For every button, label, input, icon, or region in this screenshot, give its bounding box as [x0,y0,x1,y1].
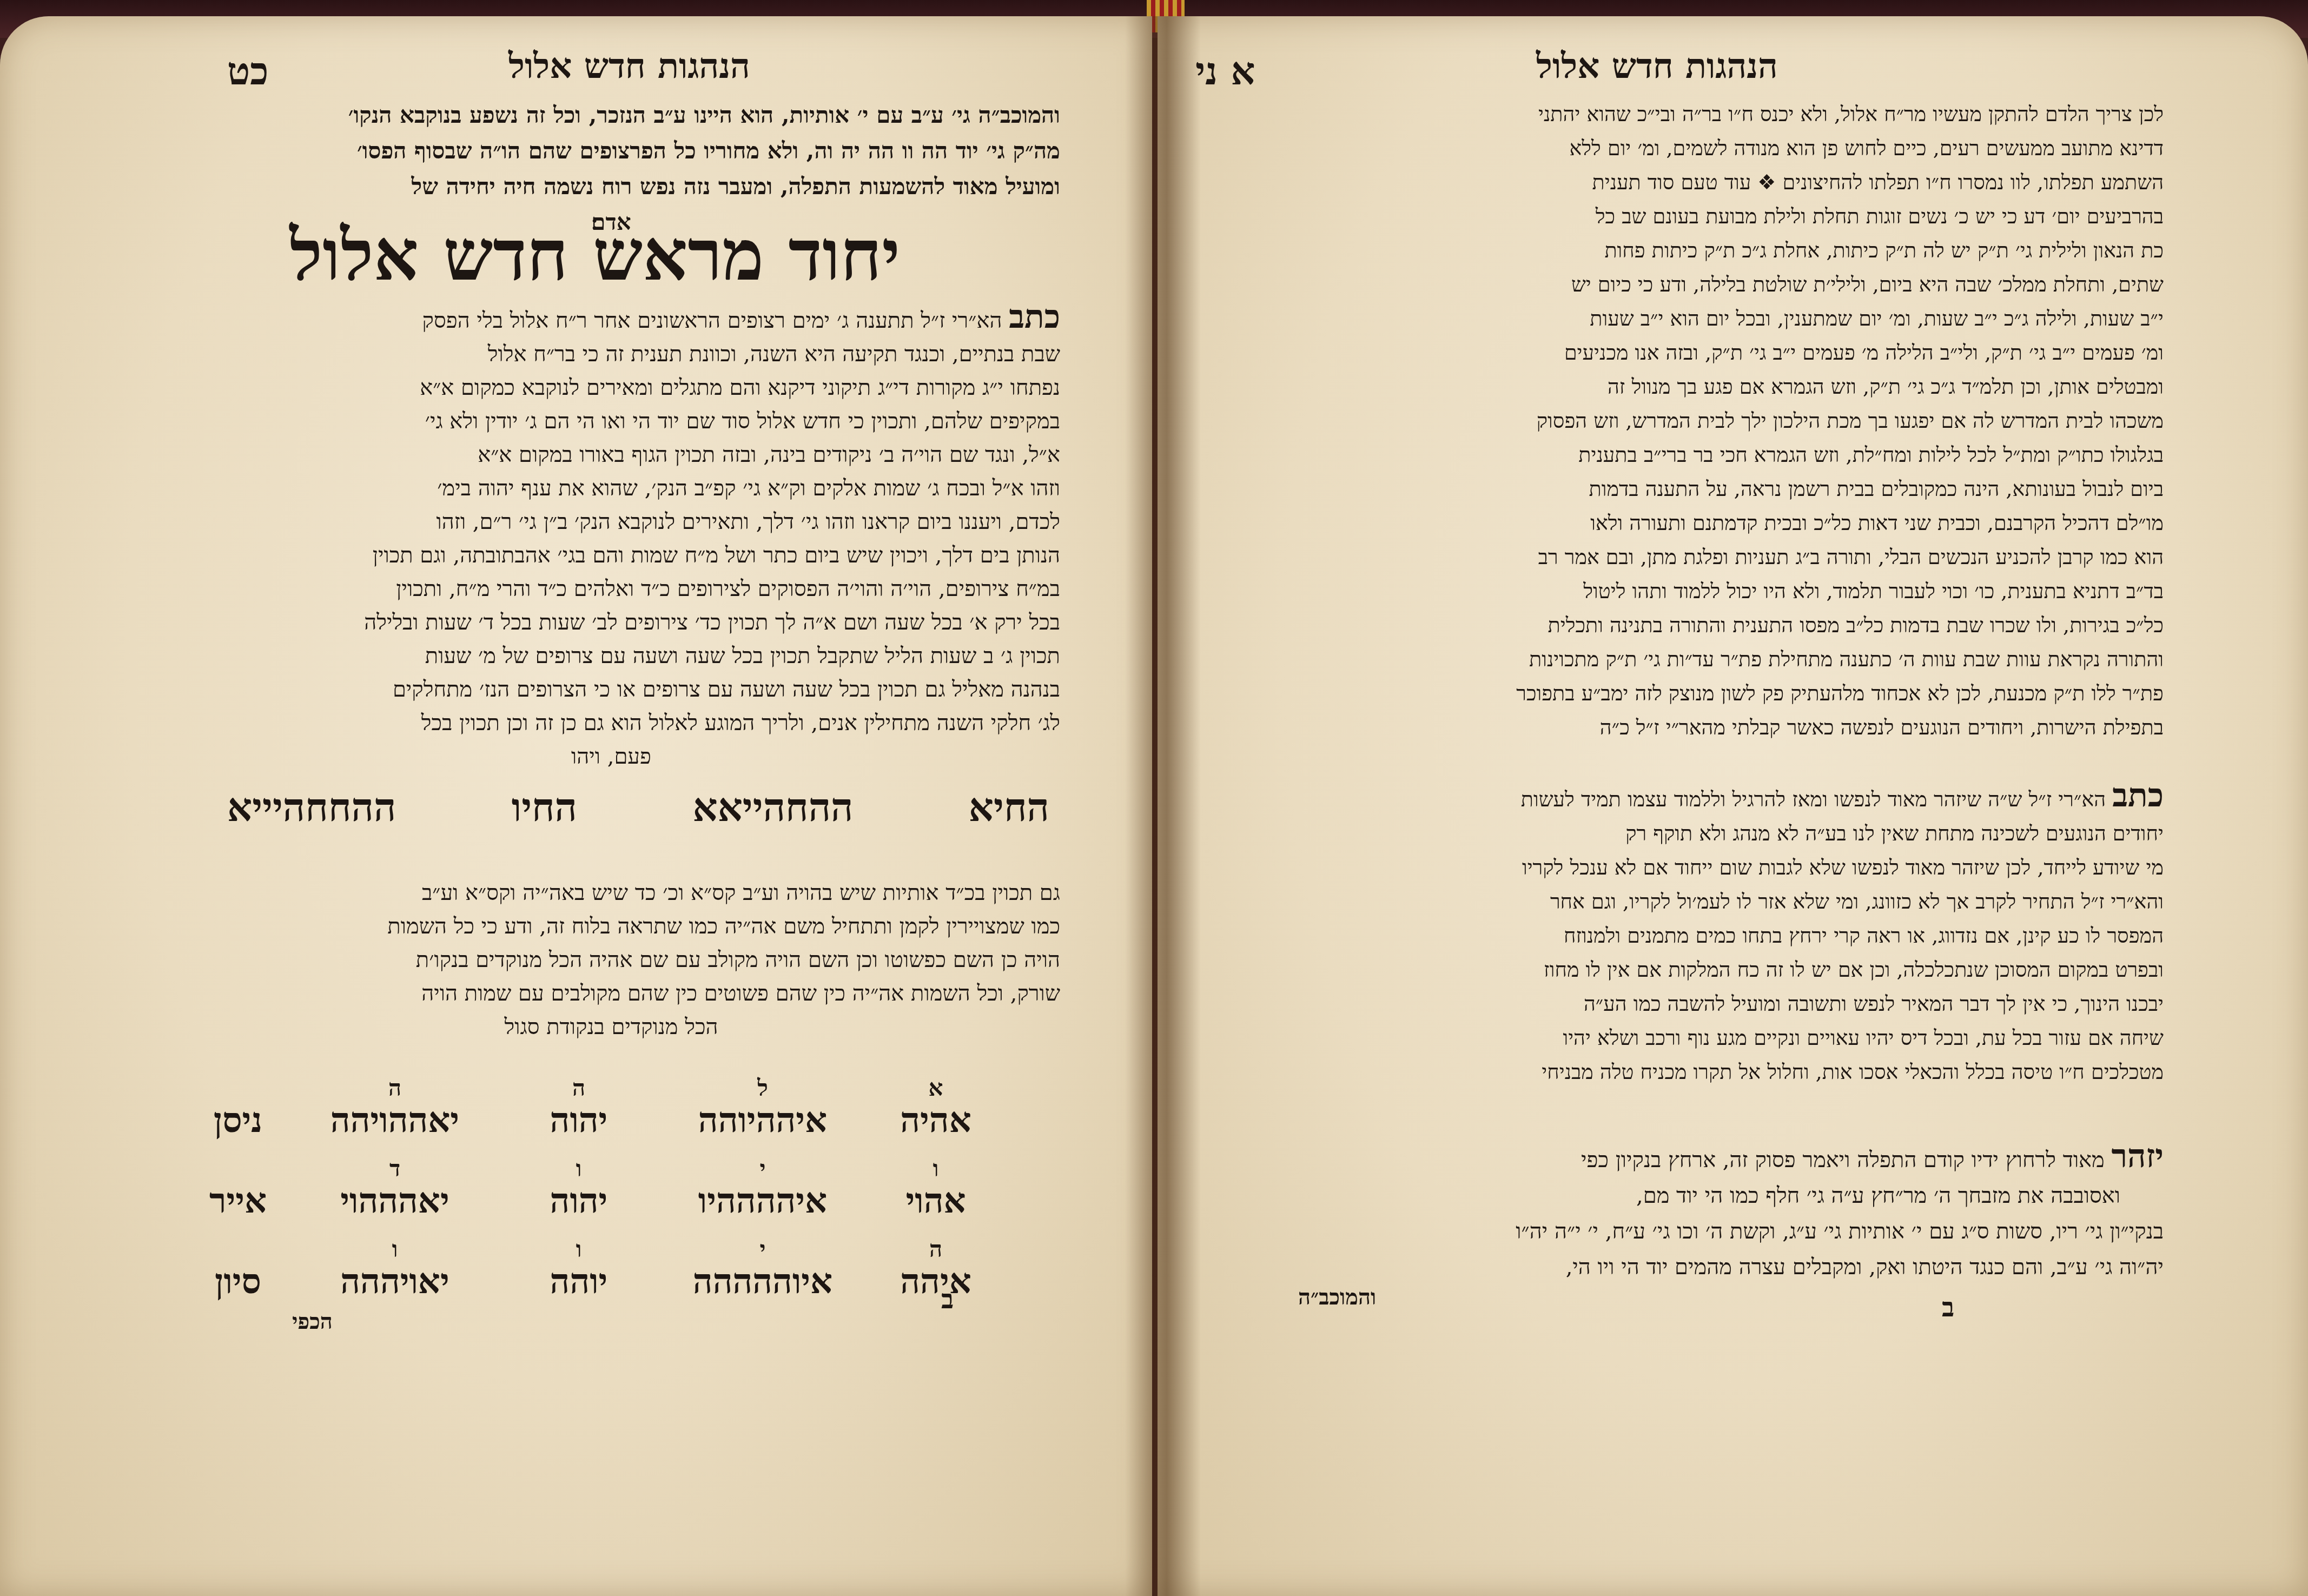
divine-name: החיא [969,784,1049,831]
table-cell-combo: דיאהההוי [292,1157,498,1221]
text-line: במקיפים שלהם, ותכוין כי חדש אלול סוד שם … [162,405,1060,438]
text-line: מאוד לרחוץ ידיו קודם התפלה ויאמר פסוק זה… [1581,1148,2105,1173]
section-title: יחוד מראש חדש אלול [270,214,920,297]
text-line: מטכלכים ח״ו טיסה בכלל והכאלי אסכו אות, ו… [1201,1055,2164,1089]
text-line: תכוין ג׳ ב שעות הליל שתקבל תכוין בכל שעה… [162,639,1060,673]
table-cell-month: ניסן [184,1076,292,1141]
section-paragraph-2: גם תכוין בכ״ד אותיות שיש בהויה וע״ב קס״א… [162,876,1060,1044]
section-paragraph-1: כתב הא״רי ז״ל ש״ה שיזהר מאוד לנפשו ומאז … [1201,779,2164,1089]
divine-name: החיו [512,784,577,831]
text-line: נפתחו י״ג מקורות די״ג תיקוני דיקנא והם מ… [162,371,1060,405]
text-line: השתמע תפלתו, לוו נמסרו ח״ו תפלתו להחיצונ… [1201,165,2164,200]
text-line: דדינא מתועב ממעשים רעים, כיים לחוש פן הו… [1201,131,2164,165]
text-line: גם תכוין בכ״ד אותיות שיש בהויה וע״ב קס״א… [162,876,1060,910]
text-line: ואסובבה את מזבחך ה׳ מר״חץ ע״ה גי׳ חלף כמ… [1201,1178,2164,1214]
text-line: א״ל, ונגד שם הוי׳ה ב׳ ניקודים בינה, ובזה… [162,438,1060,472]
right-page: א ני הנהגות חדש אלול לכן צריך הלדם להתקן… [1158,16,2308,1596]
text-line: יחודים הנוגעים לשכינה מתחת שאין לנו בע״ה… [1201,817,2164,851]
text-line: מי שיודע לייחד, לכן שיזהר מאוד לנפשו שלא… [1201,851,2164,885]
signature-mark: ב [941,1284,954,1315]
catchword: הכפי [292,1309,333,1334]
divine-names-row: החיא ההחהייאא החיו ההחחהיייא [227,784,1049,831]
running-head: הנהגות חדש אלול [1536,46,1778,87]
text-line: לג׳ חלקי השנה מתחילין אנים, ולריך המוגע … [162,706,1060,740]
running-head: הנהגות חדש אלול [508,46,750,87]
divine-name: ההחהייאא [692,784,853,831]
month-names-table: אאהיה לאיההיוהה היהוה היאההויהה ניסן ואה… [184,1076,1006,1302]
text-line: בנהנה מאליל גם תכוין בכל שעה ושעה עם צרו… [162,673,1060,706]
text-line: בד״ב דתניא בתענית, כו׳ וכוי לעבור תלמוד,… [1201,574,2164,608]
text-line: הכל מנוקדים בנקודת סגול [162,1010,1060,1044]
text-line: ביום לנבול בעונותא, הינה כמקובלים בבית ר… [1201,472,2164,506]
text-line: לכן צריך הלדם להתקן מעשיו מר״ח אלול, ולא… [1201,97,2164,131]
table-cell-ehyeh: יאיההההיו [660,1157,865,1221]
text-line: שבת בנתיים, וכנגד תקיעה היא השנה, וכוונת… [162,337,1060,371]
folio-number: א ני [1195,49,1255,94]
text-line: בתפילת הישרות, ויחודים הנוגעים לנפשה כאש… [1201,711,2164,745]
intro-paragraph: לכן צריך הלדם להתקן מעשיו מר״ח אלול, ולא… [1201,97,2164,745]
table-cell-ehyeh: לאיההיוהה [660,1076,865,1141]
text-line: כמו שמצויירין לקמן ותתחיל משם אה״יה כמו … [162,910,1060,943]
text-line: יבכנו הינוך, כי אין לך דבר המאיר לנפש ות… [1201,987,2164,1021]
table-cell-month: אייר [184,1157,292,1221]
text-line: בגלגולו כתו״ק ומת״ל לכל לילות ומח״לת, וז… [1201,438,2164,472]
text-line: י״ב שעות, ולילה ג״כ י״ב שעות, ומ׳ יום שמ… [1201,302,2164,336]
text-line: מו״לם דהכיל הקרבנם, וכבית שני דאות כל״כ … [1201,506,2164,540]
lead-word: כתב [2112,777,2164,814]
text-line: פת״ר ללו ת״ק מכנעת, לכן לא אכחוד מלהעתיק… [1201,677,2164,711]
text-line: ובפרט במקום המסוכן שנתכלכלה, וכן אם יש ל… [1201,953,2164,987]
text-line: הויה כן השם כפשוטו וכן השם הויה מקולב עם… [162,943,1060,977]
text-line: הנותן בים דלך, ויכוין שיש ביום כתר ושל מ… [162,539,1060,572]
table-cell-base: אאהיה [865,1076,1006,1141]
text-line: ומועיל מאוד להשמעות התפלה, ומעבר נזה נפש… [162,169,1060,204]
text-line: כת הנאון ולילית גי׳ ת״ק יש לה ת״ק כיתות,… [1201,234,2164,268]
text-line: ומבטלים אותן, וכן תלמ״ד ג״כ גי׳ ת״ק, וזש… [1201,370,2164,404]
folio-number: כט [227,49,269,94]
table-cell-short: ויהוה [498,1157,660,1221]
text-line: המפסר לו כע קינן, אם נזדווג, או ראה קרי … [1201,919,2164,953]
text-line: והמוכב״ה גי׳ ע״ב עם י׳ אותיות, הוא היינו… [162,97,1060,133]
table-cell-base: ואהוי [865,1157,1006,1221]
text-line: הא״רי ז״ל תתענה ג׳ ימים רצופים הראשונים … [422,308,1002,333]
text-line: והא״רי ז״ל התחיר לקרב אך לא כזוונג, ומי … [1201,885,2164,919]
lead-word: כתב [1009,298,1060,336]
table-cell-month: סיון [184,1237,292,1302]
text-line: לכדם, ויעננו ביום קראנו וזהו גי׳ דלך, ות… [162,505,1060,539]
table-cell-base: האיהה [865,1237,1006,1302]
catchword: והמוכב״ה [1298,1284,1376,1310]
text-line: בהרביעים יום׳ דע כי יש כ׳ נשים זוגות תחל… [1201,200,2164,234]
signature-mark: ב [1942,1293,1954,1323]
text-line: שיחה אם עזור בכל עת, ובכל דיס יהיו עאויי… [1201,1021,2164,1055]
left-page: כט הנהגות חדש אלול והמוכב״ה גי׳ ע״ב עם י… [0,16,1152,1596]
divine-name: ההחחהיייא [227,784,396,831]
text-line: יה״וה גי׳ ע״ב, והם כנגד היטתו ואק, ומקבל… [1201,1249,2164,1285]
text-line: כל״כ בגירות, ולו שכרו שבת בדמות כל״ב מפס… [1201,608,2164,643]
text-line: והתורה נקראת עוות שבת עוות ה׳ כתענה מתחי… [1201,643,2164,677]
table-cell-combo: ויאויההה [292,1237,498,1302]
text-line: ומ׳ פעמים י״ב גי׳ ת״ק, ולי״ב הלילה מ׳ פע… [1201,336,2164,370]
text-line: מה״ק גי׳ יוד הה וו הה יה וה, ולא מחוריו … [162,133,1060,169]
table-cell-short: היהוה [498,1076,660,1141]
table-cell-short: ויוהה [498,1237,660,1302]
section-paragraph-2: יזהר מאוד לרחוץ ידיו קודם התפלה ויאמר פס… [1201,1138,2164,1285]
text-line: בכל ירק א׳ בכל שעה ושם א״ה לך תכוין כד׳ … [162,606,1060,639]
text-line: פעם, ויהו [162,740,1060,773]
table-cell-combo: היאההויהה [292,1076,498,1141]
table-cell-ehyeh: יאיוההההה [660,1237,865,1302]
section-paragraph-1: כתב הא״רי ז״ל תתענה ג׳ ימים רצופים הראשו… [162,300,1060,773]
lead-word: יזהר [2112,1137,2164,1175]
text-line: הא״רי ז״ל ש״ה שיזהר מאוד לנפשו ומאז להרג… [1521,787,2106,811]
text-line: משכהו לבית המדרש לה אם יפגעו בך מכת הילכ… [1201,404,2164,438]
text-line: במ״ח צירופים, הוי׳ה והוי׳ה הפסוקים לצירו… [162,572,1060,606]
text-line: בנקי״ון גי׳ ריו, סשות ס״ג עם י׳ אותיות ג… [1201,1214,2164,1249]
text-line: שתים, ותחלת ממלכ׳ שבה היא ביום, ולילי׳ת … [1201,268,2164,302]
text-line: הוא כמו קרבן להכניע הנכשים הבלי, ותורה ב… [1201,540,2164,574]
text-line: וזהו א״ל ובכח ג׳ שמות אלקים וק״א גי׳ קפ״… [162,472,1060,505]
text-line: שורק, וכל השמות אה״יה כין שהם פשוטים כין… [162,977,1060,1010]
